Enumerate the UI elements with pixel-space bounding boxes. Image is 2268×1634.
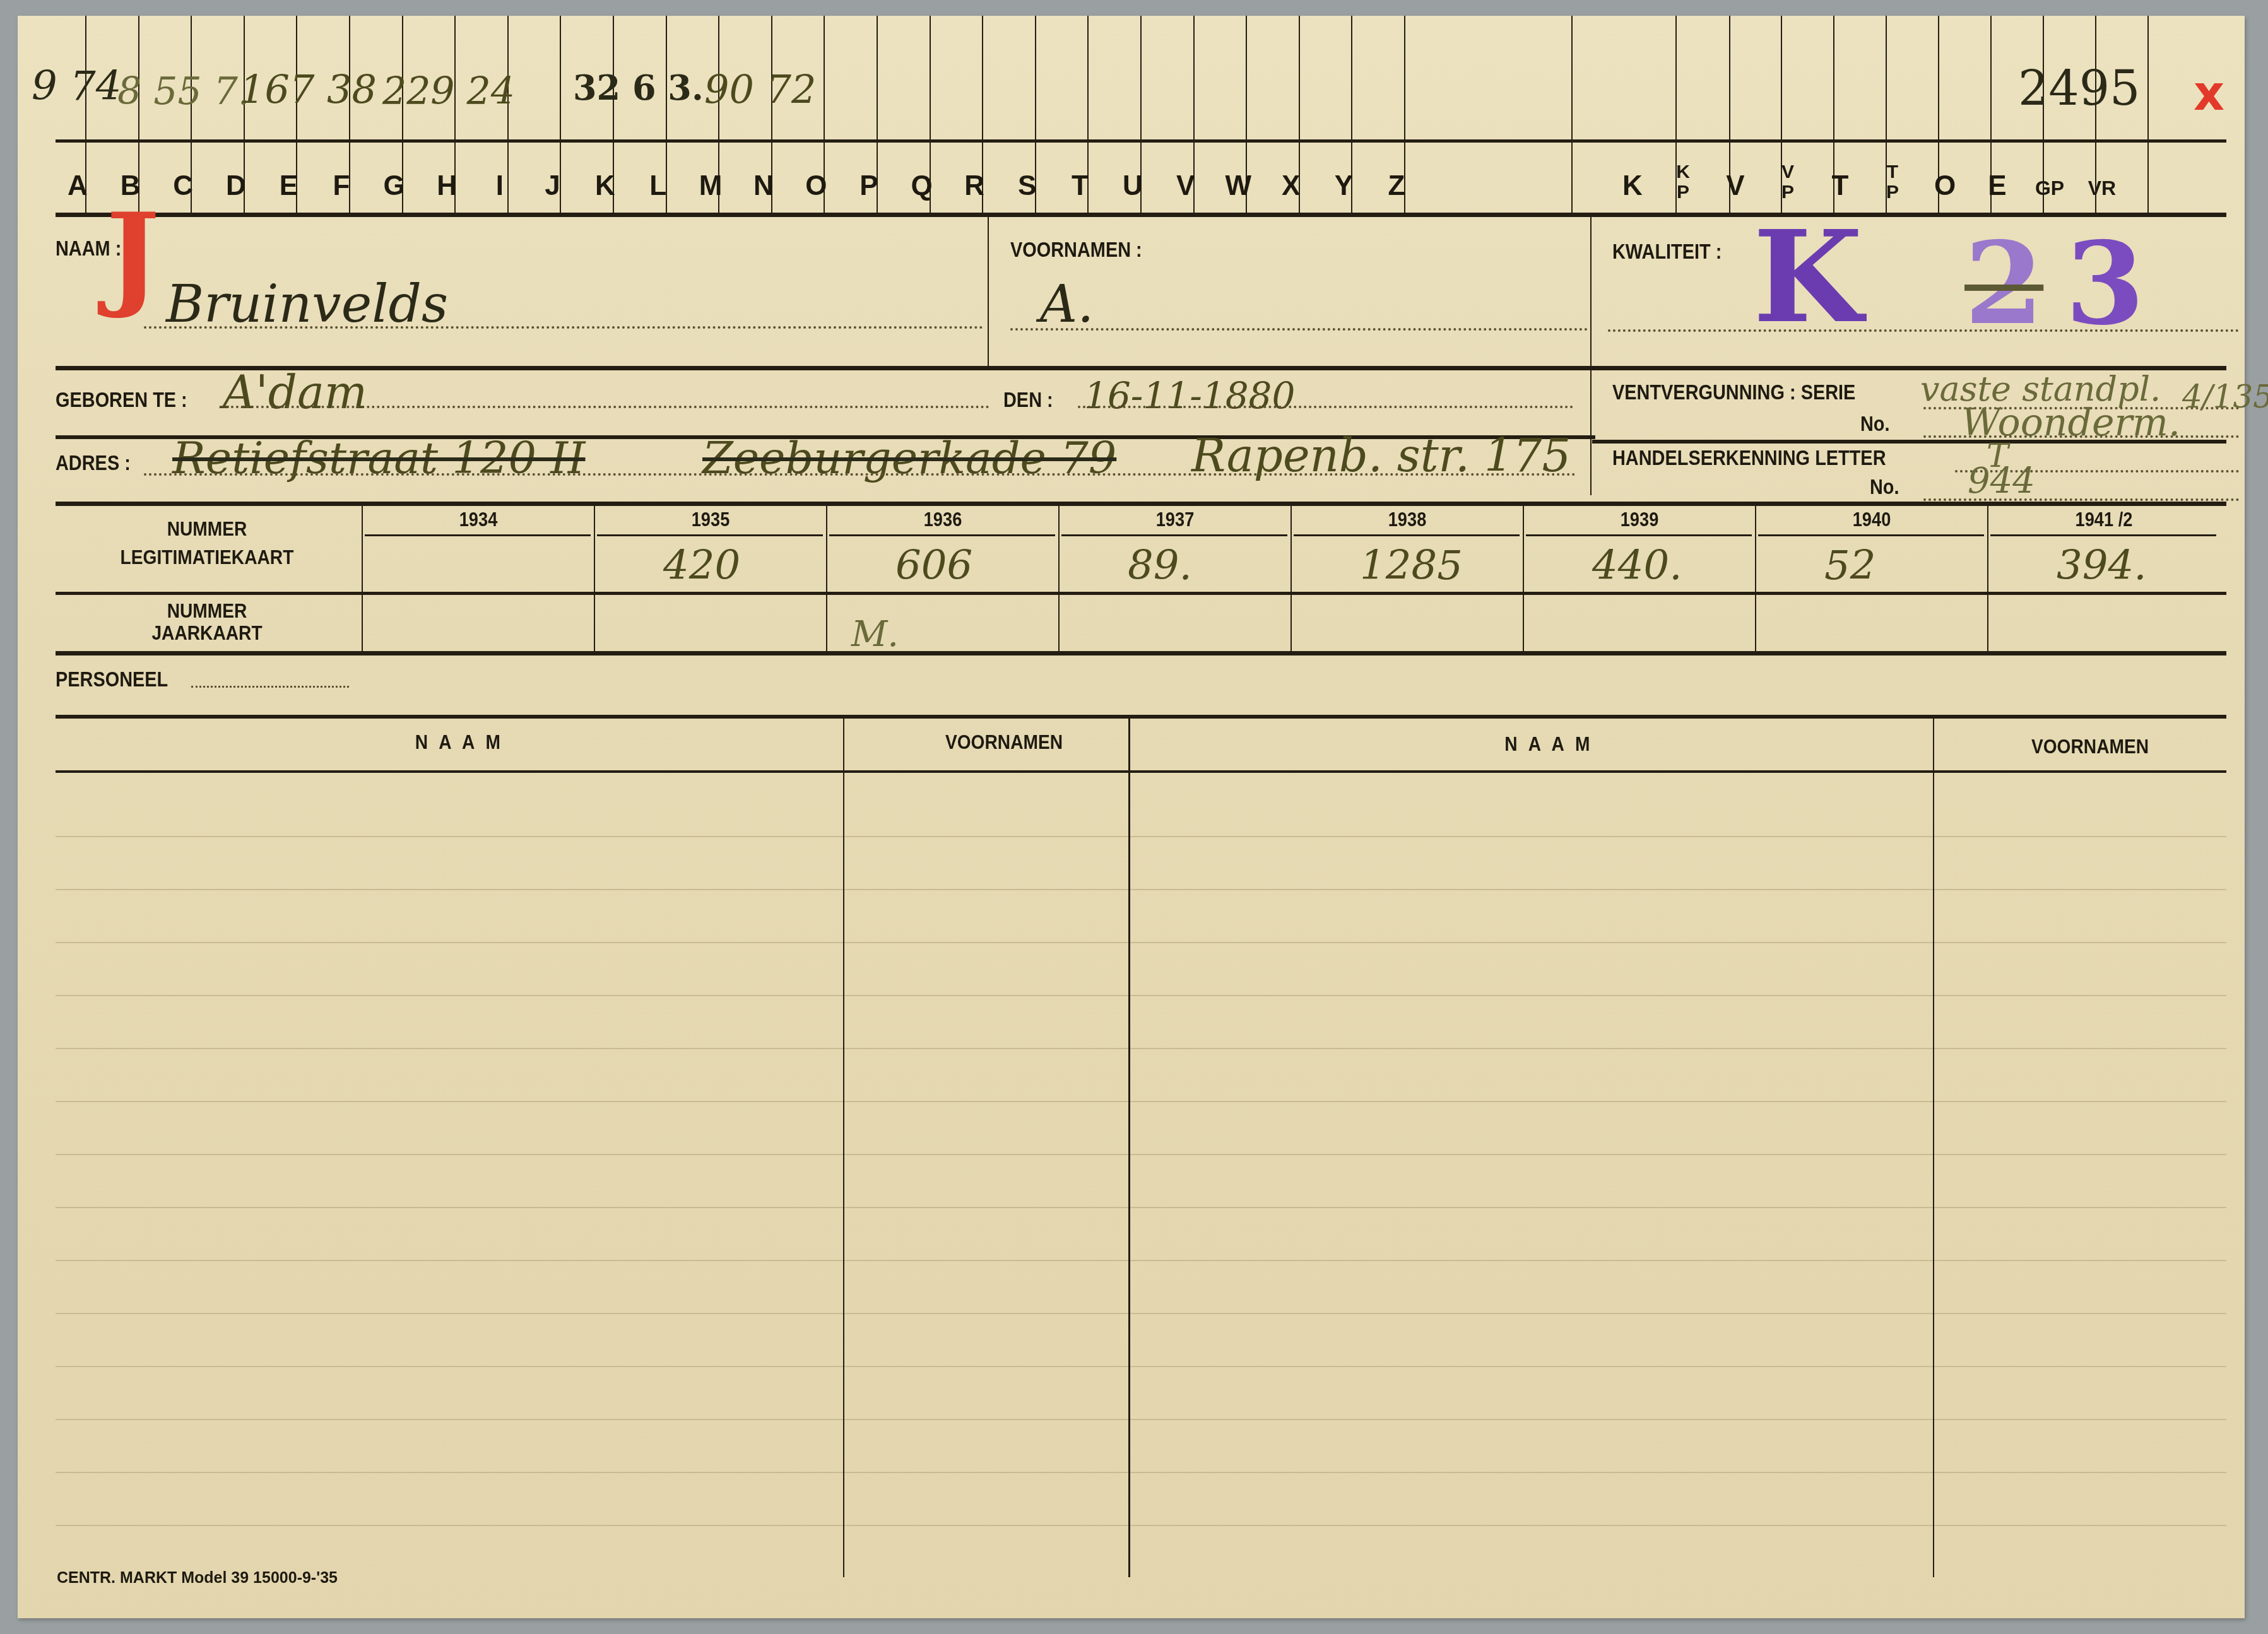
geboren-field-line [226, 406, 989, 408]
personeel-label: PERSONEEL [56, 667, 168, 692]
year-header-1939: 1939 [1543, 508, 1736, 531]
index-letter-t: T [1054, 170, 1105, 202]
top-number-6: 90 72 [704, 66, 817, 112]
voornamen-value[interactable]: A. [1040, 274, 1094, 334]
year-underline [1990, 534, 2216, 536]
legitimatiekaart-label-2: LEGITIMATIEKAART [74, 546, 340, 569]
divider [56, 651, 2226, 655]
index-category-e: E [1972, 170, 2023, 202]
ventvergunning-label: VENTVERGUNNING : SERIE [1612, 380, 1855, 405]
year-header-1941: 1941 /2 [2007, 508, 2200, 531]
ruled-line [56, 1101, 2226, 1102]
year-underline [597, 534, 823, 536]
ruled-line [56, 1472, 2226, 1473]
index-letter-h: H [422, 170, 472, 202]
den-field-line [1078, 406, 1573, 408]
top-number-1: 9 74 [32, 63, 122, 110]
legitimatiekaart-label-1: NUMMER [74, 517, 340, 541]
kwaliteit-field-line [1608, 329, 2239, 332]
ruled-line [56, 889, 2226, 890]
ruled-line [56, 942, 2226, 943]
index-letter-p: P [844, 170, 894, 202]
naam-field-line [144, 326, 983, 329]
index-letter-f: F [316, 170, 367, 202]
divider [1590, 217, 1592, 367]
index-letter-w: W [1213, 170, 1263, 202]
divider [56, 592, 2226, 595]
index-letter-d: D [211, 170, 261, 202]
ruled-line [56, 1419, 2226, 1420]
divider [56, 213, 2226, 217]
divider [56, 139, 2226, 143]
naam-value[interactable]: Bruinvelds [166, 274, 448, 334]
red-cross-mark: x [2194, 65, 2224, 121]
index-category-vp: VP [1763, 162, 1813, 203]
year-header-1940: 1940 [1775, 508, 1968, 531]
ventvergunning-fraction: 4/135 [2182, 379, 2268, 415]
voornamen-label: VOORNAMEN : [1010, 238, 1142, 262]
adres-field-line [144, 473, 1576, 476]
kwaliteit-label: KWALITEIT : [1612, 240, 1722, 264]
market-registration-card: 9 74 8 55 7. 167 38 229 24 32 6 3. 90 72… [18, 16, 2245, 1618]
form-imprint: CENTR. MARKT Model 39 15000-9-'35 [57, 1569, 338, 1587]
index-letter-j: J [527, 170, 577, 202]
year-underline [829, 534, 1055, 536]
index-category-gp: GP [2024, 177, 2075, 200]
geboren-value[interactable]: A'dam [223, 366, 367, 419]
index-letter-y: Y [1318, 170, 1369, 202]
divider [56, 502, 2226, 506]
index-letter-u: U [1107, 170, 1158, 202]
den-value[interactable]: 16-11-1880 [1084, 374, 1295, 417]
year-header-1934: 1934 [382, 508, 575, 531]
index-letter-a: A [52, 170, 103, 202]
handelserkenning-no-label: No. [1870, 475, 1899, 500]
ventvergunning-no-label: No. [1860, 412, 1890, 437]
top-right-number: 2495 [2018, 60, 2140, 116]
ruled-line [56, 1207, 2226, 1208]
year-underline [1294, 534, 1520, 536]
kwaliteit-letter-stamp: K [1753, 215, 1863, 341]
column-divider [843, 718, 844, 1577]
handelserkenning-no-value[interactable]: 944 [1968, 461, 2035, 502]
top-number-5: 32 6 3. [573, 68, 704, 108]
voornamen-field-line [1010, 328, 1588, 331]
year-column-divider [1755, 506, 1756, 652]
index-category-kp: KP [1658, 162, 1708, 203]
divider [988, 217, 989, 367]
index-category-tp: TP [1867, 162, 1918, 203]
year-column-divider [1291, 506, 1292, 652]
year-underline [365, 534, 591, 536]
legitimatiekaart-1939[interactable]: 440. [1592, 543, 1682, 589]
index-letter-z: Z [1371, 170, 1422, 202]
legitimatiekaart-1937[interactable]: 89. [1128, 543, 1192, 589]
grid-line [1571, 16, 1573, 213]
index-letter-n: N [738, 170, 789, 202]
geboren-label: GEBOREN TE : [56, 388, 187, 413]
index-letter-i: I [475, 170, 525, 202]
divider [56, 715, 2226, 719]
ruled-line [56, 1048, 2226, 1049]
column-divider [1128, 718, 1130, 1577]
index-letter-v: V [1161, 170, 1211, 202]
year-column-divider [362, 506, 363, 652]
adres-label: ADRES : [56, 451, 131, 476]
ruled-line [56, 836, 2226, 837]
divider [1590, 370, 1592, 495]
ruled-line [56, 1525, 2226, 1526]
index-letter-g: G [369, 170, 420, 202]
index-letter-s: S [1002, 170, 1053, 202]
top-number-2: 8 55 7. [117, 69, 250, 114]
den-label: DEN : [1003, 388, 1053, 413]
top-number-4: 229 24 [382, 69, 515, 114]
year-column-divider [826, 506, 827, 652]
year-header-1937: 1937 [1078, 508, 1272, 531]
index-letter-c: C [158, 170, 208, 202]
personeel-field-line [191, 686, 349, 688]
year-header-1935: 1935 [614, 508, 807, 531]
personeel-header-voornamen-2: VOORNAMEN [1968, 735, 2212, 758]
personeel-header-naam-1: N A A M [104, 731, 815, 754]
index-category-v: V [1710, 170, 1761, 202]
adres-struck-1: Retiefstraat 120 II [172, 432, 586, 484]
year-underline [1758, 534, 1984, 536]
year-underline [1526, 534, 1752, 536]
kwaliteit-digit-stamp: 3 [2065, 227, 2144, 341]
index-category-vr: VR [2077, 177, 2127, 200]
index-letter-k: K [580, 170, 630, 202]
legitimatiekaart-1941[interactable]: 394. [2057, 543, 2147, 589]
no-field-line [1923, 435, 2239, 438]
year-column-divider [1058, 506, 1060, 652]
grid-line [2147, 16, 2149, 213]
ruled-line [56, 1366, 2226, 1367]
legitimatiekaart-1936[interactable]: 606 [895, 543, 972, 589]
handelserkenning-label: HANDELSERKENNING LETTER [1612, 446, 1886, 471]
jaarkaart-1936[interactable]: M. [851, 614, 899, 655]
index-category-k: K [1607, 170, 1658, 202]
jaarkaart-label-1: NUMMER [74, 599, 340, 623]
year-underline [1061, 534, 1287, 536]
divider [56, 770, 2226, 773]
kwaliteit-struck-digit: 2 [1964, 227, 2043, 341]
index-letter-m: M [685, 170, 736, 202]
legitimatiekaart-1938[interactable]: 1285 [1360, 543, 1463, 589]
adres-struck-2: Zeeburgerkade 79 [702, 432, 1116, 484]
ruled-line [56, 1260, 2226, 1261]
handel-no-field-line [1923, 498, 2239, 501]
ruled-line [56, 1154, 2226, 1155]
index-letter-l: L [633, 170, 683, 202]
index-category-t: T [1815, 170, 1865, 202]
index-letter-r: R [949, 170, 1000, 202]
index-letter-e: E [263, 170, 314, 202]
jewish-j-stamp: J [106, 199, 160, 312]
index-letter-q: Q [897, 170, 947, 202]
year-column-divider [1987, 506, 1988, 652]
year-column-divider [594, 506, 595, 652]
legitimatiekaart-1935[interactable]: 420 [663, 543, 740, 589]
index-letter-o: O [791, 170, 841, 202]
legitimatiekaart-1940[interactable]: 52 [1824, 543, 1875, 589]
divider [1592, 440, 2226, 444]
index-letter-x: X [1266, 170, 1316, 202]
ruled-line [56, 995, 2226, 996]
personeel-header-naam-2: N A A M [1195, 732, 1903, 756]
divider [56, 366, 2226, 370]
top-number-3: 167 38 [240, 66, 377, 112]
year-header-1936: 1936 [846, 508, 1039, 531]
personeel-header-voornamen-1: VOORNAMEN [879, 731, 1129, 754]
column-divider [1933, 718, 1934, 1577]
ruled-line [56, 1313, 2226, 1314]
index-category-o: O [1920, 170, 1970, 202]
year-column-divider [1523, 506, 1524, 652]
year-header-1938: 1938 [1311, 508, 1504, 531]
jaarkaart-label-2: JAARKAART [74, 621, 340, 645]
